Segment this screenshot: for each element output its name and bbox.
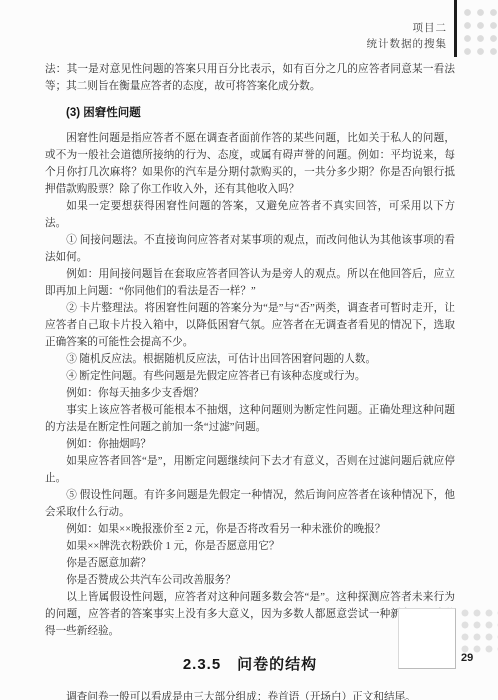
- paragraph: 事实上该应答者极可能根本不抽烟，这种问题则为断定性问题。正确处理这种问题的方法是…: [45, 402, 455, 436]
- paragraph: 你是否愿意加薪？: [45, 555, 455, 572]
- paragraph: 你是否赞成公共汽车公司改善服务？: [45, 572, 455, 589]
- paragraph: 如果××牌洗衣粉跌价 1 元，你是否愿意用它？: [45, 538, 455, 555]
- dot-grid-decoration-bottom: [459, 607, 498, 656]
- paragraph: 例如：你每天抽多少支香烟？: [45, 385, 455, 402]
- running-header: 项目二 统计数据的搜集: [367, 21, 448, 53]
- paragraph: 如果一定要想获得困窘性问题的答案，又避免应答者不真实回答，可采用以下方法。: [45, 198, 455, 232]
- paragraph: 例如：你抽烟吗？: [45, 436, 455, 453]
- dot-grid-decoration-top: [461, 6, 498, 58]
- paragraph: 调查问卷一般可以看成是由三大部分组成：卷首语（开场白）正文和结尾。: [45, 689, 455, 700]
- header-chapter: 项目二: [367, 21, 448, 37]
- paragraph: ⑤ 假设性问题。有许多问题是先假定一种情况，然后询问应答者在该种情况下，他会采取…: [45, 487, 455, 521]
- corner-outline-box: [398, 608, 456, 669]
- paragraph: ④ 断定性问题。有些问题是先假定应答者已有该种态度或行为。: [45, 368, 455, 385]
- paragraph: ① 间接问题法。不直接询问应答者对某事项的观点，而改问他认为其他该事项的看法如何…: [45, 232, 455, 266]
- paragraph: 以上皆属假设性问题，应答者对这种问题多数会答“是”。这种探测应答者未来行为的问题…: [45, 589, 455, 640]
- paragraph: 如果应答者回答“是”，用断定问题继续问下去才有意义，否则在过滤问题后就应停止。: [45, 453, 455, 487]
- page-number: 29: [461, 652, 473, 664]
- header-vertical-bar: [454, 0, 457, 57]
- paragraph: 困窘性问题是指应答者不愿在调查者面前作答的某些问题，比如关于私人的问题，或不为一…: [45, 130, 455, 198]
- paragraph: ② 卡片整理法。将困窘性问题的答案分为“是”与“否”两类，调查者可暂时走开，让应…: [45, 300, 455, 351]
- header-title: 统计数据的搜集: [367, 37, 448, 53]
- paragraph: 例如：用间接问题旨在套取应答者回答认为是旁人的观点。所以在他回答后，应立即再加上…: [45, 266, 455, 300]
- section-heading: 2.3.5 问卷的结构: [45, 656, 455, 673]
- paragraph: ③ 随机反应法。根据随机反应法，可估计出回答困窘问题的人数。: [45, 351, 455, 368]
- section-heading: (3) 困窘性问题: [45, 105, 455, 122]
- paragraph: 法：其一是对意见性问题的答案只用百分比表示，如有百分之几的应答者同意某一看法等；…: [45, 61, 455, 95]
- paragraph: 例如：如果××晚报涨价至 2 元，你是否将改看另一种未涨价的晚报？: [45, 521, 455, 538]
- content-area: 法：其一是对意见性问题的答案只用百分比表示，如有百分之几的应答者同意某一看法等；…: [45, 61, 455, 700]
